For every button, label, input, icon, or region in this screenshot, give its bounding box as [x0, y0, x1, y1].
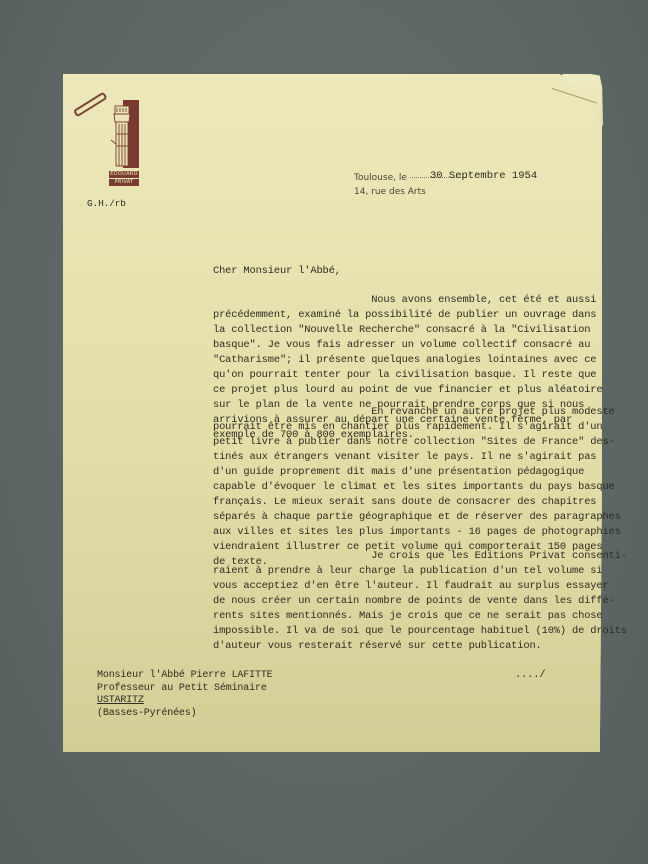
continuation-mark: ..../ — [515, 668, 545, 683]
recipient-title: Professeur au Petit Séminaire — [97, 683, 273, 696]
recipient-name: Monsieur l'Abbé Pierre LAFITTE — [97, 670, 273, 683]
publisher-address: 14, rue des Arts — [354, 187, 426, 197]
paragraph-3: Je crois que les Editions Privat consent… — [213, 549, 627, 654]
recipient-city: USTARITZ — [97, 695, 273, 708]
logo-text-edouard: EDOUARD — [109, 171, 139, 178]
salutation: Cher Monsieur l'Abbé, — [213, 264, 341, 279]
publisher-logo: EDOUARD PRIVAT — [109, 100, 139, 188]
logo-text-privat: PRIVAT — [109, 179, 139, 186]
letter-date: 30 Septembre 1954 — [430, 170, 537, 182]
tower-icon — [109, 100, 139, 170]
place-prefix: Toulouse, le — [354, 173, 407, 183]
recipient-region: (Basses-Pyrénées) — [97, 708, 273, 721]
paragraph-2: En revanche un autre projet plus modeste… — [213, 405, 621, 570]
reference-initials: G.H./rb — [87, 196, 126, 211]
recipient-address: Monsieur l'Abbé Pierre LAFITTEProfesseur… — [97, 670, 273, 720]
